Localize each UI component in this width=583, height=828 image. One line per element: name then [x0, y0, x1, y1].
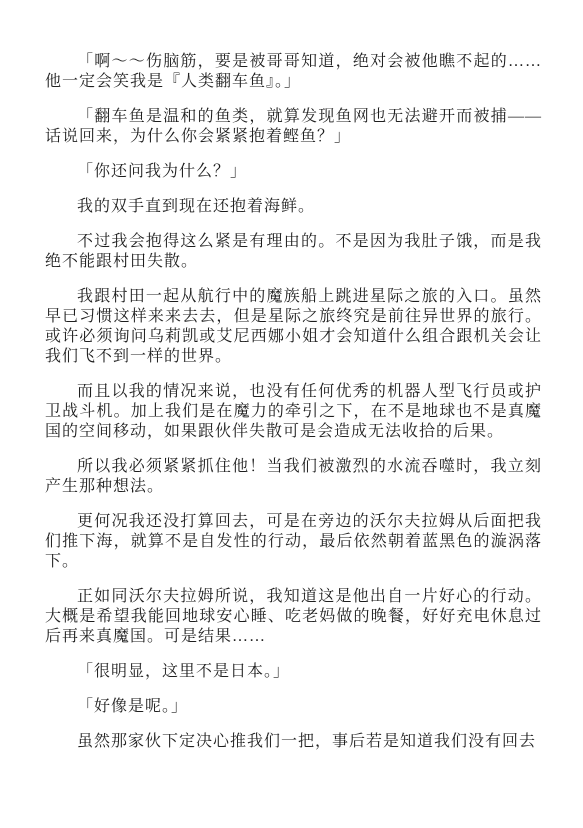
paragraph-03: 「你还问我为什么？」	[45, 162, 542, 182]
paragraph-07: 而且以我的情况来说，也没有任何优秀的机器人型飞行员或护卫战斗机。加上我们是在魔力…	[45, 382, 542, 442]
paragraph-12: 「好像是呢。」	[45, 697, 542, 717]
paragraph-10: 正如同沃尔夫拉姆所说，我知道这是他出自一片好心的行动。大概是希望我能回地球安心睡…	[45, 587, 542, 647]
paragraph-09: 更何况我还没打算回去，可是在旁边的沃尔夫拉姆从后面把我们推下海，就算不是自发性的…	[45, 512, 542, 572]
paragraph-13: 虽然那家伙下定决心推我们一把，事后若是知道我们没有回去	[45, 732, 542, 752]
paragraph-05: 不过我会抱得这么紧是有理由的。不是因为我肚子饿，而是我绝不能跟村田失散。	[45, 232, 542, 272]
text-column: 「啊～～伤脑筋，要是被哥哥知道，绝对会被他瞧不起的……他一定会笑我是『人类翻车鱼…	[45, 52, 542, 752]
paragraph-06: 我跟村田一起从航行中的魔族船上跳进星际之旅的入口。虽然早已习惯这样来来去去，但是…	[45, 287, 542, 367]
novel-page: 「啊～～伤脑筋，要是被哥哥知道，绝对会被他瞧不起的……他一定会笑我是『人类翻车鱼…	[0, 0, 583, 828]
paragraph-08: 所以我必须紧紧抓住他！当我们被激烈的水流吞噬时，我立刻产生那种想法。	[45, 457, 542, 497]
paragraph-11: 「很明显，这里不是日本。」	[45, 662, 542, 682]
paragraph-01: 「啊～～伤脑筋，要是被哥哥知道，绝对会被他瞧不起的……他一定会笑我是『人类翻车鱼…	[45, 52, 542, 92]
paragraph-02: 「翻车鱼是温和的鱼类，就算发现鱼网也无法避开而被捕——话说回来，为什么你会紧紧抱…	[45, 107, 542, 147]
paragraph-04: 我的双手直到现在还抱着海鲜。	[45, 197, 542, 217]
